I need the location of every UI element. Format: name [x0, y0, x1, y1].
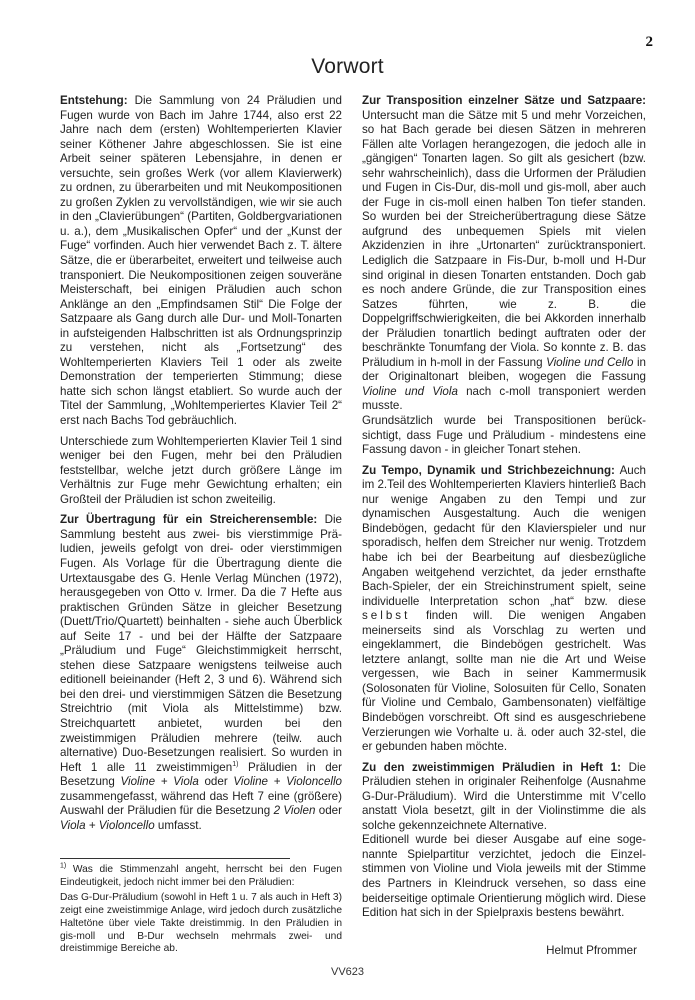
- footnote-text: Was die Stimmenzahl angeht, herrscht bei…: [60, 864, 342, 888]
- section-text: Grundsätzlich wurde bei Transpositionen …: [362, 414, 646, 456]
- section-entstehung: Entstehung: Die Sammlung von 24 Präludie…: [60, 94, 342, 429]
- right-column: Zur Transposition einzelner Sätze und Sa…: [362, 94, 646, 927]
- section-text: umfasst.: [155, 819, 202, 832]
- instrument-name: Viola + Violoncello: [60, 819, 155, 832]
- footnote: 1) Was die Stimmenzahl angeht, herrscht …: [60, 864, 342, 958]
- section-heft1: Zu den zweistimmigen Präludien in Heft 1…: [362, 761, 646, 834]
- section-text: finden will. Die wenigen Angaben meiners…: [362, 609, 646, 753]
- section-heading: Zur Transposition einzelner Sätze und Sa…: [362, 94, 646, 107]
- section-transposition-note: Grundsätzlich wurde bei Transpositionen …: [362, 414, 646, 458]
- left-column: Entstehung: Die Sammlung von 24 Präludie…: [60, 94, 342, 839]
- instrument-name: 2 Violen: [274, 804, 316, 817]
- emphasis-text: selbst: [362, 609, 410, 622]
- section-text: oder: [199, 775, 234, 788]
- section-tempo: Zu Tempo, Dynamik und Strichbezeichnung:…: [362, 464, 646, 755]
- footnote-line: Das G-Dur-Präludium (sowohl in Heft 1 u.…: [60, 892, 342, 957]
- section-heading: Zu den zweistimmigen Präludien in Heft 1…: [362, 761, 621, 774]
- section-text: Auch im 2.Teil des Wohltemperierten Klav…: [362, 464, 646, 608]
- author-signature: Helmut Pfrommer: [546, 944, 637, 957]
- instrument-name: Violine und Viola: [362, 385, 458, 398]
- section-text: oder: [315, 804, 342, 817]
- section-edition: Editionell wurde bei dieser Ausgabe auf …: [362, 833, 646, 920]
- footnote-divider: [60, 858, 290, 859]
- instrument-name: Violine + Vio­loncello: [233, 775, 342, 788]
- section-text: Untersucht man die Sätze mit 5 und mehr …: [362, 109, 646, 369]
- section-text: Die Sammlung besteht aus zwei- bis viers…: [60, 513, 342, 773]
- section-text: Editionell wurde bei dieser Ausgabe auf …: [362, 833, 646, 919]
- instrument-name: Violine und Cello: [546, 356, 633, 369]
- footnote-text: Das G-Dur-Präludium (sowohl in Heft 1 u.…: [60, 892, 342, 955]
- footnote-line: 1) Was die Stimmenzahl angeht, herrscht …: [60, 864, 342, 890]
- section-heading: Zur Übertragung für ein Streicherensembl…: [60, 513, 317, 526]
- page-title: Vorwort: [0, 55, 695, 79]
- section-unterschiede: Unterschiede zum Wohltemperierten Klavie…: [60, 435, 342, 508]
- section-text: Unterschiede zum Wohltemperierten Klavie…: [60, 435, 342, 506]
- section-heading: Entstehung:: [60, 94, 128, 107]
- section-text: Die Sammlung von 24 Präludien und Fugen …: [60, 94, 342, 427]
- instrument-name: Violine + Viola: [120, 775, 198, 788]
- section-uebertragung: Zur Übertragung für ein Streicherensembl…: [60, 513, 342, 833]
- section-transposition: Zur Transposition einzelner Sätze und Sa…: [362, 94, 646, 414]
- footer-code: VV623: [0, 966, 695, 978]
- page-number: 2: [646, 34, 654, 51]
- section-heading: Zu Tempo, Dynamik und Strichbezeichnung:: [362, 464, 615, 477]
